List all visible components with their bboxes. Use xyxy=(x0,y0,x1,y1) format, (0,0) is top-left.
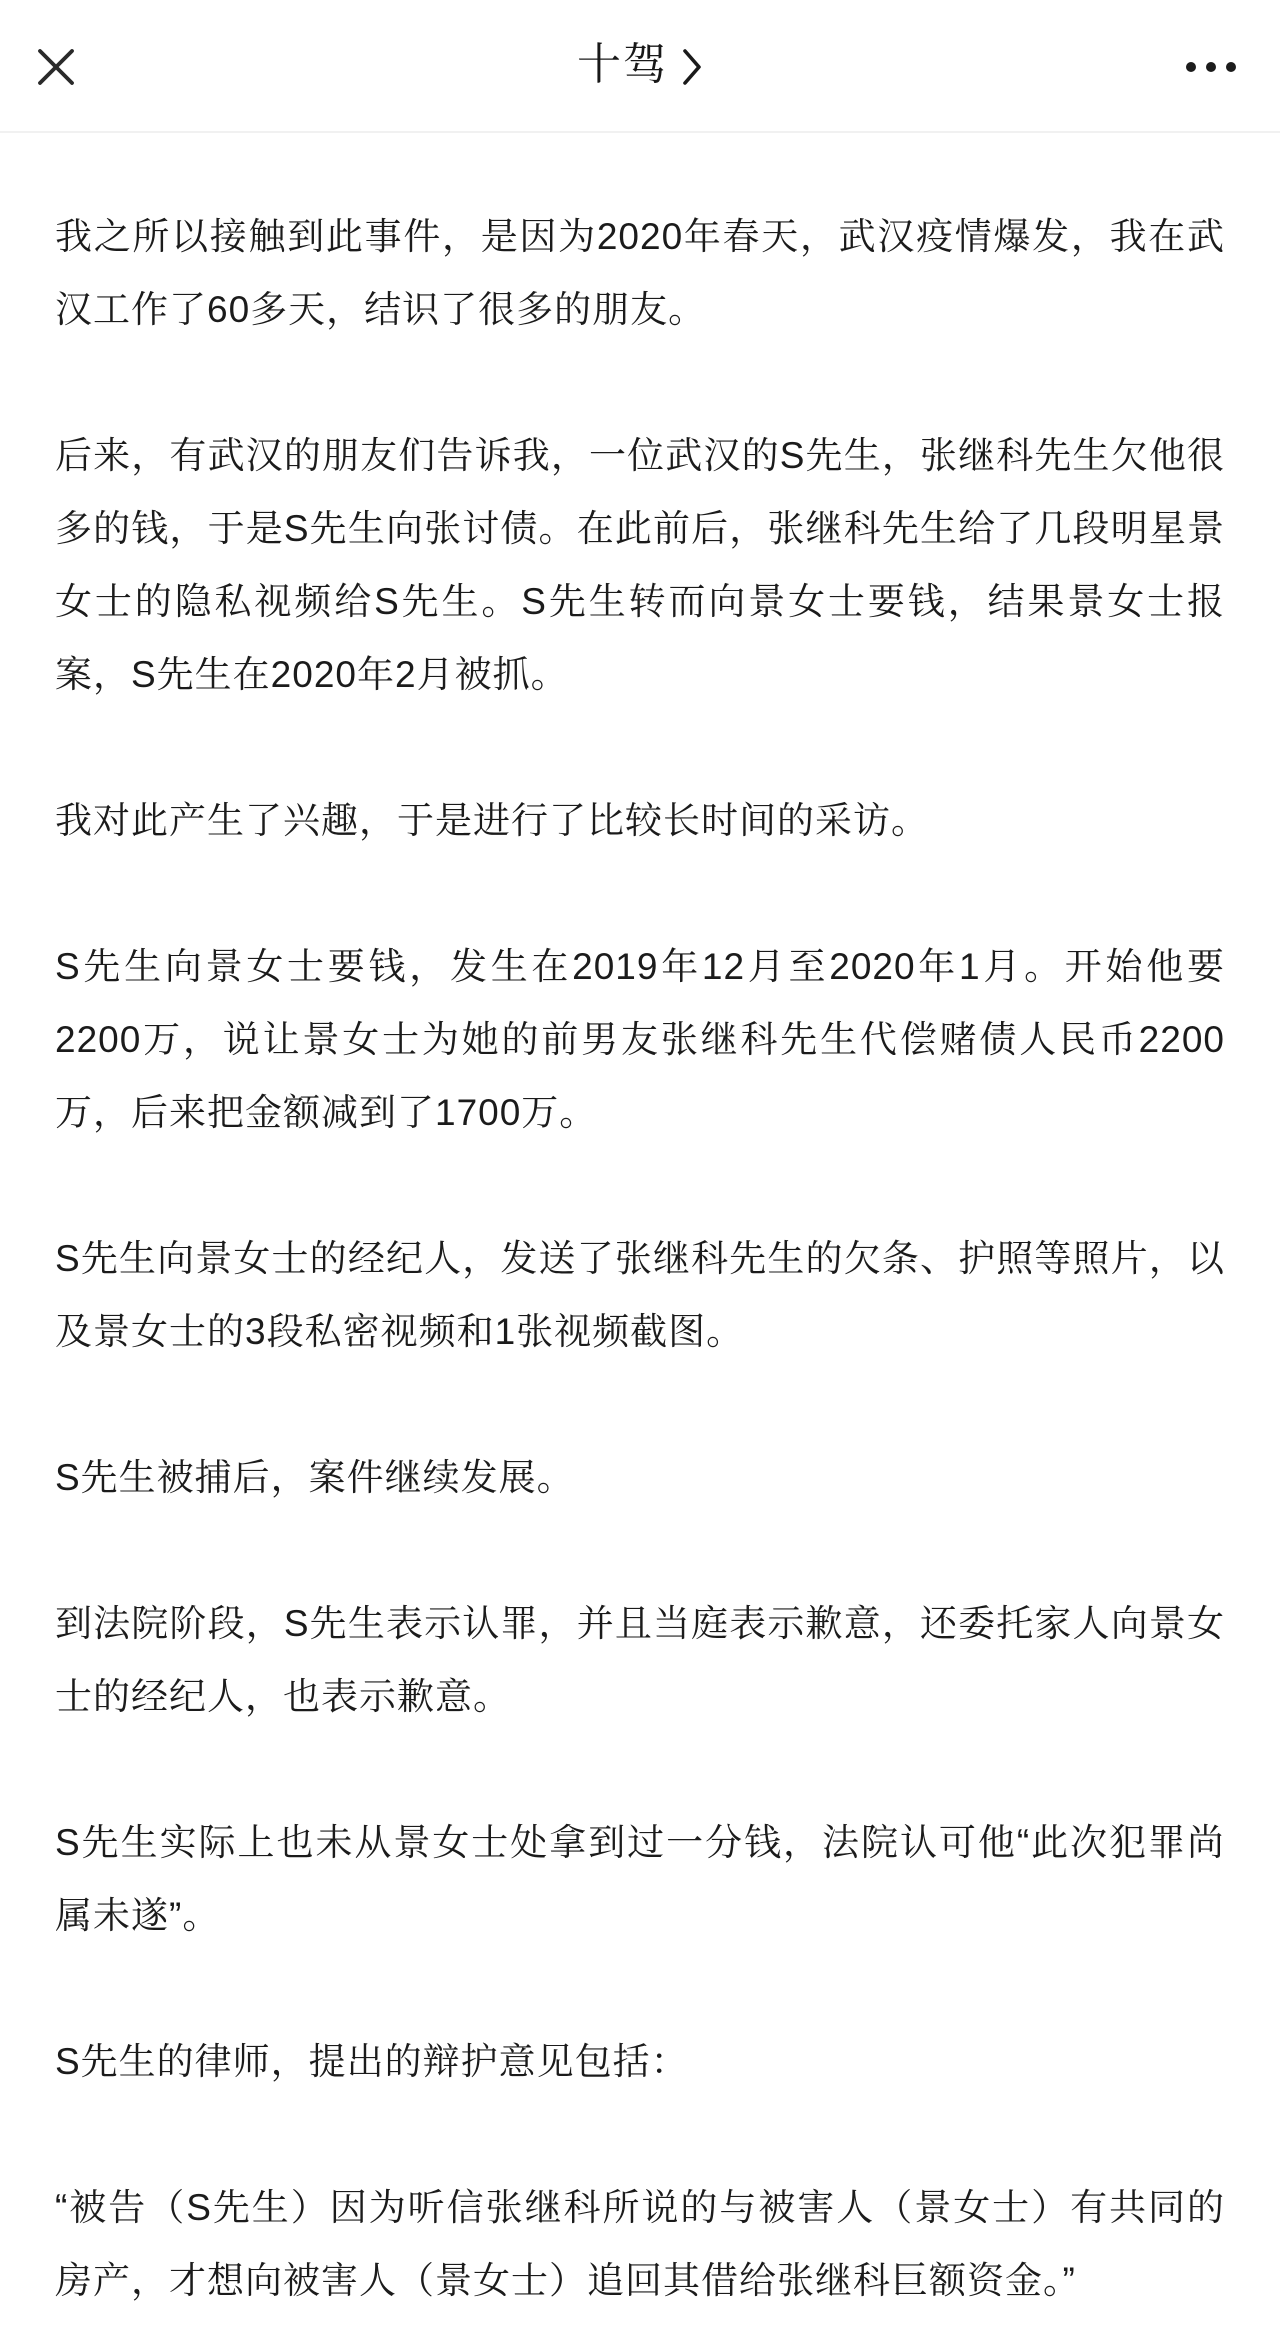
account-title-link[interactable]: 十驾 xyxy=(577,0,703,133)
article-paragraph: S先生向景女士的经纪人，发送了张继科先生的欠条、护照等照片，以及景女士的3段私密… xyxy=(55,1222,1225,1368)
article-paragraph: 我对此产生了兴趣，于是进行了比较长时间的采访。 xyxy=(55,784,1225,857)
article-paragraph: S先生的律师，提出的辩护意见包括： xyxy=(55,2025,1225,2098)
ellipsis-icon xyxy=(1186,62,1236,72)
article-paragraph: S先生被捕后，案件继续发展。 xyxy=(55,1441,1225,1514)
close-icon xyxy=(36,47,76,87)
ellipsis-dot xyxy=(1226,62,1236,72)
article-paragraph: S先生实际上也未从景女士处拿到过一分钱，法院认可他“此次犯罪尚属未遂”。 xyxy=(55,1806,1225,1952)
article-paragraph: 后来，有武汉的朋友们告诉我，一位武汉的S先生，张继科先生欠他很多的钱，于是S先生… xyxy=(55,419,1225,711)
article-paragraph: 我之所以接触到此事件，是因为2020年春天，武汉疫情爆发，我在武汉工作了60多天… xyxy=(55,200,1225,346)
article-body: 我之所以接触到此事件，是因为2020年春天，武汉疫情爆发，我在武汉工作了60多天… xyxy=(0,133,1280,2317)
article-paragraph: “被告（S先生）因为听信张继科所说的与被害人（景女士）有共同的房产，才想向被害人… xyxy=(55,2171,1225,2317)
close-button[interactable] xyxy=(30,41,82,93)
article-paragraph: S先生向景女士要钱，发生在2019年12月至2020年1月。开始他要2200万，… xyxy=(55,930,1225,1149)
article-paragraph: 到法院阶段，S先生表示认罪，并且当庭表示歉意，还委托家人向景女士的经纪人，也表示… xyxy=(55,1587,1225,1733)
more-button[interactable] xyxy=(1172,44,1236,90)
chevron-right-icon xyxy=(681,47,703,87)
ellipsis-dot xyxy=(1206,62,1216,72)
ellipsis-dot xyxy=(1186,62,1196,72)
article-screen: 十驾 我之所以接触到此事件，是因为2020年春天，武汉疫情爆发，我在武汉工作了6… xyxy=(0,0,1280,2317)
page-title: 十驾 xyxy=(577,43,669,91)
header: 十驾 xyxy=(0,0,1280,133)
